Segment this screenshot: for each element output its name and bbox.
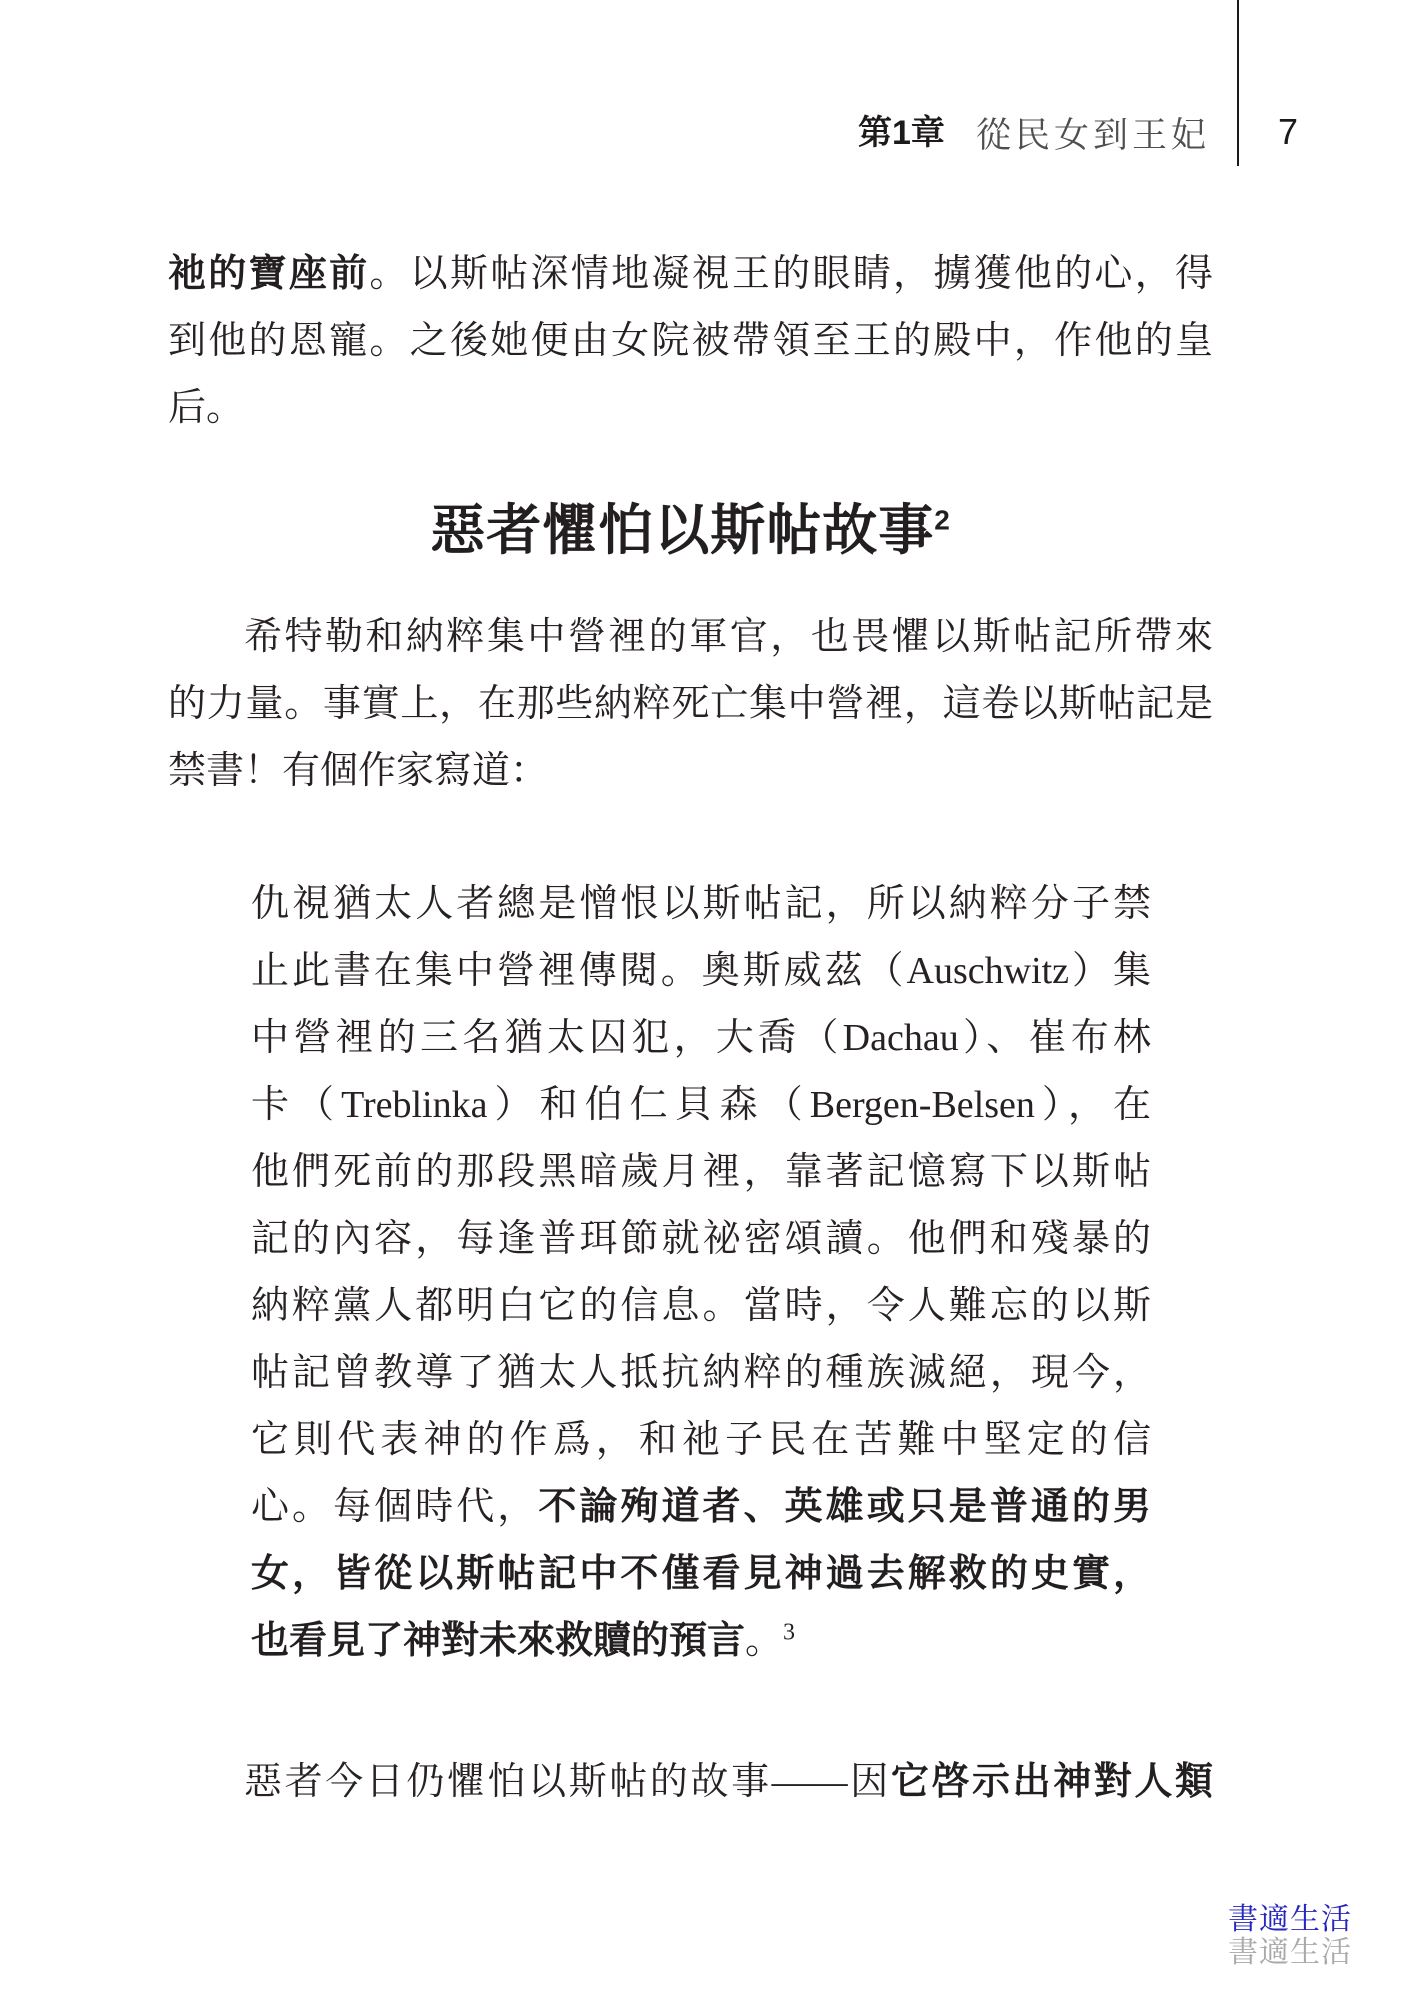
text-line: 祂的寶座前。以斯帖深情地凝視王的眼睛，擄獲他的心，得 <box>168 241 1213 308</box>
text-line: 后。 <box>168 375 1213 442</box>
paragraph-1: 祂的寶座前。以斯帖深情地凝視王的眼睛，擄獲他的心，得到他的恩寵。之後她便由女院被… <box>168 241 1213 442</box>
text-line: 的力量。事實上，在那些納粹死亡集中營裡，這卷以斯帖記是 <box>168 671 1213 738</box>
paragraph-2: 希特勒和納粹集中營裡的軍官，也畏懼以斯帖記所帶來的力量。事實上，在那些納粹死亡集… <box>168 604 1213 805</box>
text-line: 女，皆從以斯帖記中不僅看見神過去解救的史實， <box>251 1541 1151 1608</box>
watermark: 書適生活 書適生活 <box>1228 1903 1352 1969</box>
text-line: 到他的恩寵。之後她便由女院被帶領至王的殿中，作他的皇 <box>168 308 1213 375</box>
text-line: 惡者今日仍懼怕以斯帖的故事——因它啓示出神對人類 <box>168 1749 1213 1816</box>
book-page: 第1章 從民女到王妃 7 祂的寶座前。以斯帖深情地凝視王的眼睛，擄獲他的心，得到… <box>0 0 1410 2000</box>
text-line: 他們死前的那段黑暗歲月裡，靠著記憶寫下以斯帖 <box>251 1139 1151 1206</box>
text-line: 卡（Treblinka）和伯仁貝森（Bergen-Belsen），在 <box>251 1072 1151 1139</box>
text-line: 止此書在集中營裡傳閱。奧斯威茲（Auschwitz）集 <box>251 938 1151 1005</box>
text-line: 納粹黨人都明白它的信息。當時，令人難忘的以斯 <box>251 1273 1151 1340</box>
text-line: 中營裡的三名猶太囚犯，大喬（Dachau）、崔布林 <box>251 1005 1151 1072</box>
header-divider-rule <box>1237 0 1239 166</box>
text-line: 它則代表神的作爲，和祂子民在苦難中堅定的信 <box>251 1407 1151 1474</box>
text-line: 也看見了神對未來救贖的預言。3 <box>251 1608 1151 1675</box>
text-line: 心。每個時代，不論殉道者、英雄或只是普通的男 <box>251 1474 1151 1541</box>
text-line: 禁書！有個作家寫道： <box>168 738 1213 805</box>
chapter-title: 從民女到王妃 <box>976 118 1210 153</box>
text-line: 仇視猶太人者總是憎恨以斯帖記，所以納粹分子禁 <box>251 871 1151 938</box>
block-quote: 仇視猶太人者總是憎恨以斯帖記，所以納粹分子禁止此書在集中營裡傳閱。奧斯威茲（Au… <box>251 871 1151 1675</box>
page-number: 7 <box>1278 114 1298 150</box>
footnote-ref-2: 2 <box>934 505 951 536</box>
section-heading-text: 惡者懼怕以斯帖故事 <box>430 499 934 561</box>
text-line: 記的內容，每逢普珥節就祕密頌讀。他們和殘暴的 <box>251 1206 1151 1273</box>
text-line: 希特勒和納粹集中營裡的軍官，也畏懼以斯帖記所帶來 <box>168 604 1213 671</box>
watermark-line-gray: 書適生活 <box>1228 1936 1352 1969</box>
section-heading: 惡者懼怕以斯帖故事2 <box>168 500 1213 560</box>
paragraph-3: 惡者今日仍懼怕以斯帖的故事——因它啓示出神對人類 <box>168 1749 1213 1816</box>
text-line: 帖記曾教導了猶太人抵抗納粹的種族滅絕，現今， <box>251 1340 1151 1407</box>
watermark-line-blue: 書適生活 <box>1228 1903 1352 1936</box>
chapter-label: 第1章 <box>858 116 945 150</box>
